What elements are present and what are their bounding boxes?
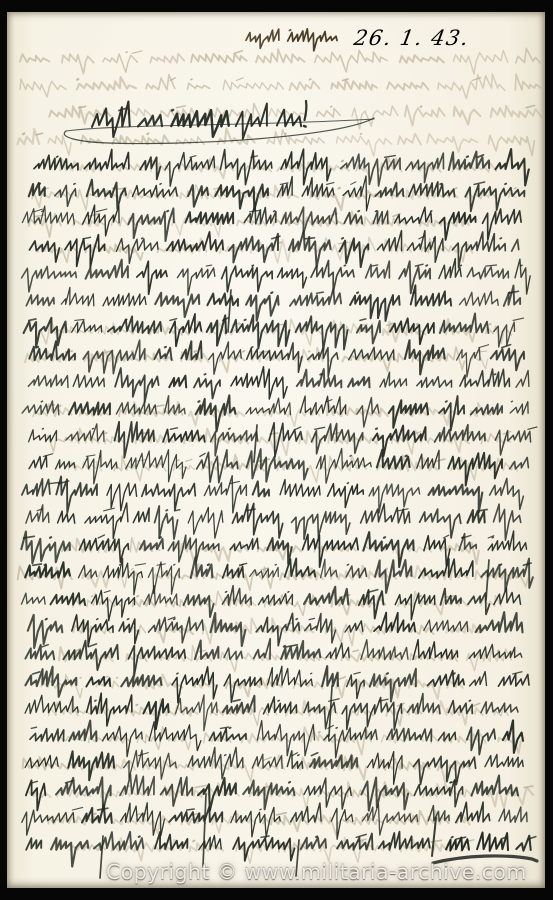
script-stroke (198, 401, 199, 402)
script-stroke (305, 238, 315, 239)
script-stroke (271, 292, 272, 293)
script-stroke (304, 126, 306, 127)
script-stroke (336, 728, 337, 729)
script-stroke (476, 612, 523, 632)
script-stroke (516, 371, 529, 388)
script-stroke (169, 807, 222, 823)
script-stroke (513, 318, 524, 320)
script-stroke (187, 809, 194, 810)
script-stroke (26, 780, 46, 810)
script-stroke (206, 265, 212, 266)
script-stroke (181, 341, 201, 359)
script-stroke (498, 674, 529, 686)
script-stroke (33, 564, 42, 565)
script-stroke (43, 454, 52, 457)
script-stroke (211, 613, 246, 646)
script-stroke (51, 593, 86, 605)
script-stroke (431, 211, 432, 212)
script-stroke (160, 184, 161, 185)
script-stroke (494, 588, 521, 605)
script-stroke (22, 479, 50, 496)
script-stroke (25, 695, 78, 713)
script-stroke (29, 319, 36, 320)
script-stroke (88, 644, 96, 647)
script-stroke (22, 267, 77, 292)
script-stroke (42, 428, 43, 429)
script-stroke (139, 836, 140, 837)
script-stroke (316, 836, 317, 837)
script-stroke (174, 619, 175, 620)
script-stroke (457, 348, 480, 377)
script-stroke (499, 807, 527, 822)
script-stroke (229, 234, 278, 263)
script-stroke (296, 619, 297, 620)
script-stroke (350, 456, 351, 457)
script-stroke (198, 778, 236, 811)
script-stroke (230, 728, 231, 729)
script-stroke (79, 565, 97, 578)
script-stroke (232, 504, 282, 539)
script-stroke (268, 666, 313, 686)
script-stroke (39, 184, 40, 185)
script-stroke (448, 701, 472, 714)
script-stroke (440, 212, 476, 240)
script-stroke (372, 265, 378, 266)
script-stroke (250, 567, 279, 577)
script-stroke (191, 557, 213, 578)
script-stroke (236, 104, 267, 139)
script-stroke (277, 177, 292, 197)
script-stroke (22, 810, 74, 835)
script-stroke (348, 377, 369, 387)
script-stroke (320, 374, 321, 375)
script-stroke (494, 322, 515, 347)
script-stroke (344, 265, 345, 266)
script-stroke (468, 510, 485, 523)
script-stroke (42, 645, 48, 647)
script-stroke (467, 156, 468, 157)
script-stroke (349, 347, 394, 360)
script-stroke (29, 183, 45, 196)
script-stroke (452, 837, 453, 838)
script-stroke (188, 507, 223, 538)
script-stroke (230, 481, 240, 483)
script-stroke (108, 316, 161, 333)
dateline-script (246, 29, 337, 51)
script-stroke (491, 349, 524, 371)
script-stroke (486, 265, 497, 266)
script-stroke (82, 805, 112, 823)
script-stroke (345, 621, 363, 632)
script-stroke (87, 180, 126, 209)
script-stroke (274, 211, 275, 212)
script-stroke (460, 265, 461, 266)
script-stroke (428, 806, 449, 822)
script-stroke (50, 482, 59, 483)
script-stroke (469, 645, 522, 659)
script-stroke (452, 232, 505, 268)
script-stroke (257, 721, 314, 756)
script-stroke (278, 700, 279, 701)
script-stroke (208, 564, 209, 565)
script-stroke (496, 149, 529, 185)
script-stroke (280, 480, 320, 497)
script-stroke (367, 752, 402, 785)
script-stroke (424, 620, 468, 632)
script-stroke (72, 321, 102, 333)
script-stroke (231, 367, 287, 399)
script-stroke (337, 834, 372, 850)
copyright-watermark: Copyright © www.militaria-archive.com (106, 860, 527, 884)
script-stroke (83, 205, 120, 236)
script-stroke (155, 832, 188, 850)
script-stroke (347, 564, 348, 565)
script-stroke (226, 592, 227, 593)
script-stroke (456, 802, 490, 822)
script-stroke (467, 727, 495, 754)
script-stroke (207, 294, 238, 306)
script-stroke (73, 807, 83, 810)
script-stroke (435, 425, 485, 442)
script-stroke (376, 211, 377, 212)
script-stroke (61, 287, 94, 305)
script-stroke (224, 648, 242, 660)
script-stroke (79, 539, 128, 563)
script-stroke (246, 29, 279, 48)
script-stroke (57, 156, 58, 157)
script-stroke (342, 698, 402, 730)
script-stroke (264, 697, 297, 714)
script-stroke (188, 747, 243, 778)
signature-script (432, 818, 536, 856)
script-stroke (311, 753, 317, 756)
script-stroke (167, 232, 223, 251)
script-stroke (407, 231, 443, 263)
script-stroke (51, 838, 88, 867)
script-stroke (252, 265, 253, 266)
script-stroke (37, 347, 38, 348)
script-stroke (92, 102, 130, 138)
script-stroke (69, 721, 96, 741)
script-stroke (33, 672, 40, 674)
script-stroke (305, 614, 336, 643)
script-stroke (413, 292, 414, 293)
script-stroke (440, 184, 441, 185)
script-stroke (157, 564, 165, 565)
script-stroke (103, 293, 146, 306)
script-stroke (172, 667, 217, 703)
script-stroke (415, 264, 423, 266)
script-stroke (103, 559, 142, 595)
script-stroke (369, 484, 420, 513)
script-stroke (443, 535, 448, 538)
script-stroke (200, 453, 205, 456)
script-stroke (120, 775, 154, 796)
script-stroke (275, 564, 276, 565)
script-stroke (124, 750, 177, 779)
script-stroke (413, 640, 458, 660)
script-stroke (69, 402, 110, 414)
script-stroke (140, 539, 163, 550)
script-stroke (177, 268, 214, 295)
script-stroke (284, 646, 285, 647)
script-stroke (66, 424, 104, 442)
script-stroke (142, 238, 143, 239)
script-stroke (25, 562, 70, 577)
script-stroke (485, 755, 523, 768)
script-stroke (222, 586, 251, 605)
script-stroke (119, 619, 138, 644)
script-stroke (242, 564, 243, 565)
script-stroke (472, 776, 519, 796)
script-stroke (133, 186, 178, 197)
script-stroke (115, 368, 159, 402)
script-stroke (417, 450, 439, 468)
script-stroke (326, 643, 349, 659)
script-stroke (254, 639, 271, 659)
script-stroke (341, 154, 400, 186)
script-stroke (172, 110, 173, 111)
script-stroke (406, 456, 407, 457)
script-stroke (29, 430, 57, 442)
script-stroke (252, 347, 253, 348)
script-stroke (95, 700, 96, 701)
script-stroke (297, 369, 342, 387)
script-stroke (138, 115, 162, 126)
script-stroke (161, 777, 193, 806)
script-stroke (483, 209, 522, 240)
script-stroke (29, 456, 47, 469)
script-stroke (55, 185, 76, 206)
script-stroke (500, 564, 501, 565)
script-stroke (495, 430, 530, 455)
script-stroke (389, 400, 428, 428)
script-stroke (291, 803, 321, 822)
script-stroke (454, 673, 455, 674)
script-stroke (223, 565, 244, 579)
script-stroke (155, 293, 199, 317)
script-stroke (326, 183, 334, 185)
script-stroke (346, 566, 366, 578)
script-stroke (74, 184, 75, 185)
script-stroke (25, 667, 76, 697)
script-stroke (22, 206, 74, 224)
script-stroke (515, 259, 530, 294)
script-stroke (256, 613, 299, 645)
script-stroke (209, 729, 246, 742)
script-stroke (359, 590, 384, 619)
script-stroke (42, 211, 43, 212)
script-stroke (92, 428, 93, 429)
script-stroke (73, 375, 104, 388)
script-stroke (247, 449, 308, 482)
script-stroke (361, 640, 408, 660)
script-stroke (195, 641, 219, 660)
script-stroke (164, 396, 185, 414)
script-stroke (429, 485, 483, 513)
script-stroke (125, 320, 126, 321)
script-stroke (58, 511, 75, 523)
script-stroke (409, 182, 455, 197)
script-stroke (439, 396, 464, 430)
script-stroke (140, 157, 160, 179)
script-stroke (395, 207, 432, 224)
script-stroke (384, 537, 385, 538)
script-stroke (351, 182, 356, 185)
script-stroke (500, 238, 501, 239)
script-stroke (188, 185, 208, 207)
script-stroke (143, 699, 168, 729)
script-stroke (245, 320, 246, 321)
script-stroke (511, 401, 512, 402)
script-stroke (258, 594, 292, 606)
script-stroke (302, 178, 334, 197)
script-stroke (492, 537, 493, 538)
script-stroke (244, 204, 276, 224)
script-stroke (440, 313, 488, 333)
script-stroke (231, 807, 280, 837)
script-stroke (177, 673, 178, 674)
script-stroke (361, 778, 408, 811)
script-stroke (340, 238, 369, 267)
script-stroke (373, 211, 388, 224)
script-stroke (420, 509, 461, 538)
script-stroke (285, 558, 316, 577)
script-stroke (209, 342, 242, 374)
script-stroke (296, 427, 301, 429)
script-stroke (521, 265, 522, 266)
script-stroke (486, 560, 489, 600)
script-stroke (315, 427, 325, 429)
script-stroke (231, 315, 289, 348)
script-stroke (246, 295, 278, 320)
script-stroke (50, 537, 51, 538)
script-stroke (267, 538, 292, 564)
script-stroke (495, 374, 496, 375)
script-stroke (414, 780, 462, 807)
script-stroke (385, 156, 396, 158)
script-stroke (510, 457, 529, 469)
script-stroke (417, 377, 452, 388)
script-stroke (311, 261, 354, 293)
script-stroke (137, 261, 167, 294)
script-stroke (169, 376, 186, 388)
script-stroke (347, 675, 365, 699)
script-stroke (154, 348, 171, 360)
script-stroke (510, 402, 528, 415)
script-stroke (135, 564, 145, 566)
script-stroke (462, 537, 463, 538)
script-stroke (87, 693, 132, 726)
script-stroke (26, 838, 41, 850)
script-stroke (170, 319, 177, 321)
script-stroke (86, 455, 95, 456)
script-stroke (374, 613, 415, 633)
script-stroke (170, 428, 177, 430)
script-stroke (387, 673, 388, 674)
script-stroke (408, 694, 440, 714)
script-stroke (174, 564, 175, 565)
script-stroke (426, 265, 427, 266)
script-stroke (31, 727, 36, 728)
script-stroke (243, 780, 294, 809)
script-stroke (411, 285, 451, 306)
script-stroke (167, 211, 168, 212)
script-stroke (494, 504, 521, 540)
script-stroke (379, 832, 430, 850)
script-stroke (139, 753, 149, 756)
script-stroke (316, 449, 371, 484)
script-stroke (310, 755, 357, 768)
script-stroke (133, 508, 149, 523)
script-stroke (229, 428, 230, 429)
script-stroke (504, 286, 520, 306)
script-stroke (97, 619, 98, 620)
script-stroke (203, 794, 206, 866)
script-stroke (63, 641, 118, 670)
script-stroke (292, 753, 297, 756)
script-stroke (228, 290, 231, 332)
script-stroke (460, 291, 499, 305)
script-stroke (149, 617, 204, 643)
script-stroke (428, 671, 465, 687)
script-stroke (503, 720, 523, 752)
script-stroke (376, 428, 377, 429)
script-stroke (331, 808, 353, 839)
script-stroke (292, 512, 350, 539)
script-stroke (479, 510, 487, 511)
script-stroke (224, 674, 262, 702)
script-stroke (25, 645, 54, 660)
script-stroke (199, 836, 221, 850)
script-stroke (98, 535, 104, 538)
script-stroke (176, 695, 218, 731)
script-stroke (362, 804, 417, 835)
script-stroke (311, 673, 312, 674)
script-stroke (22, 593, 46, 604)
script-stroke (375, 560, 411, 593)
script-stroke (86, 677, 110, 687)
script-stroke (277, 110, 301, 127)
script-stroke (321, 559, 338, 577)
script-stroke (56, 777, 111, 810)
script-stroke (358, 211, 359, 212)
script-stroke (424, 536, 450, 566)
script-stroke (505, 184, 506, 185)
script-stroke (304, 778, 351, 809)
script-stroke (467, 267, 508, 279)
script-stroke (107, 483, 137, 511)
script-stroke (168, 535, 219, 562)
script-stroke (171, 110, 228, 137)
script-stroke (184, 595, 214, 617)
script-stroke (225, 755, 226, 756)
script-stroke (128, 619, 129, 620)
script-stroke (83, 450, 117, 483)
script-stroke (121, 803, 165, 836)
script-stroke (328, 484, 364, 508)
script-stroke (204, 374, 205, 375)
script-stroke (119, 564, 120, 565)
script-stroke (528, 427, 537, 429)
script-stroke (360, 319, 366, 321)
script-stroke (56, 460, 75, 469)
script-stroke (196, 395, 236, 431)
script-stroke (68, 751, 114, 780)
script-stroke (471, 404, 502, 415)
script-stroke (128, 208, 174, 241)
script-stroke (290, 289, 341, 306)
